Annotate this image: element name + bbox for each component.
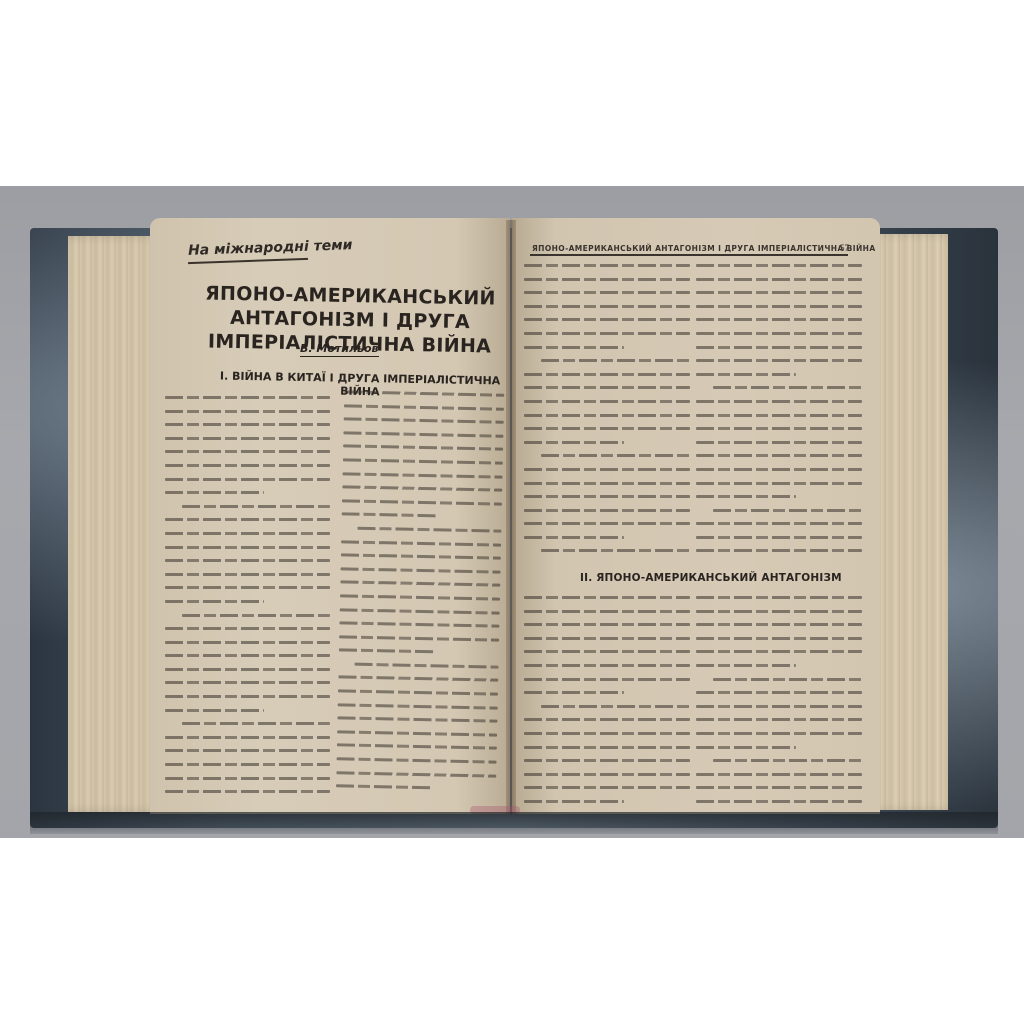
text-line <box>165 763 330 766</box>
text-line <box>696 664 796 667</box>
page-number: 57 <box>840 243 849 253</box>
text-line <box>357 527 501 533</box>
text-line <box>524 637 690 640</box>
text-line <box>524 414 690 417</box>
text-line <box>541 705 690 708</box>
text-line <box>343 445 503 451</box>
text-line <box>524 522 690 525</box>
text-line <box>524 678 690 681</box>
text-line <box>524 278 690 281</box>
text-line <box>524 400 690 403</box>
text-line <box>343 458 503 464</box>
text-line <box>338 676 498 682</box>
text-line <box>165 681 330 684</box>
text-line <box>696 786 862 789</box>
text-line <box>337 744 497 750</box>
text-line <box>524 386 690 389</box>
text-line <box>713 509 862 512</box>
text-line <box>337 717 497 723</box>
text-line <box>165 532 330 535</box>
book-bottom-shadow <box>30 812 998 834</box>
running-head-rule <box>530 254 848 256</box>
text-line <box>524 664 690 667</box>
text-line <box>696 637 862 640</box>
text-line <box>524 691 624 694</box>
page-stack-right <box>872 234 948 810</box>
text-line <box>524 596 690 599</box>
text-line <box>165 695 330 698</box>
right-page-column-2-top <box>696 264 862 563</box>
text-line <box>339 621 499 627</box>
text-line <box>696 536 862 539</box>
text-line <box>165 749 330 752</box>
text-line <box>340 581 500 587</box>
text-line <box>344 418 504 424</box>
text-line <box>696 705 862 708</box>
text-line <box>524 718 690 721</box>
text-line <box>165 478 330 481</box>
text-line <box>696 441 862 444</box>
text-line <box>165 600 264 603</box>
text-line <box>339 649 435 654</box>
text-line <box>340 608 500 614</box>
text-line <box>696 332 862 335</box>
text-line <box>524 536 624 539</box>
text-line <box>342 513 438 518</box>
text-line <box>541 549 690 552</box>
text-line <box>338 703 498 709</box>
right-page-column-1-top <box>524 264 690 563</box>
text-line <box>355 663 499 669</box>
text-line <box>524 759 690 762</box>
text-line <box>524 623 690 626</box>
text-line <box>696 610 862 613</box>
text-line <box>343 431 503 437</box>
text-line <box>336 771 496 777</box>
text-line <box>524 373 690 376</box>
text-line <box>696 549 862 552</box>
text-line <box>165 396 330 399</box>
page-stack-left <box>68 236 160 812</box>
text-line <box>524 773 690 776</box>
chapter-heading-2: II. ЯПОНО-АМЕРИКАНСЬКИЙ АНТАГОНІЗМ <box>580 572 842 584</box>
text-line <box>344 404 504 410</box>
text-line <box>696 746 796 749</box>
text-line <box>696 264 862 267</box>
text-line <box>696 650 862 653</box>
text-line <box>342 499 502 505</box>
text-line <box>165 668 330 671</box>
text-line <box>696 318 862 321</box>
text-line <box>524 441 624 444</box>
text-line <box>541 454 690 457</box>
text-line <box>696 454 862 457</box>
text-line <box>696 482 862 485</box>
text-line <box>339 635 499 641</box>
text-line <box>165 641 330 644</box>
text-line <box>524 318 690 321</box>
text-line <box>713 678 862 681</box>
text-line <box>336 785 432 790</box>
text-line <box>524 264 690 267</box>
text-line <box>342 486 502 492</box>
text-line <box>696 800 862 803</box>
text-line <box>696 359 862 362</box>
text-line <box>341 553 501 559</box>
text-line <box>182 614 331 617</box>
text-line <box>524 800 624 803</box>
book-gutter <box>506 220 516 814</box>
text-line <box>165 790 330 793</box>
text-line <box>524 291 690 294</box>
text-line <box>524 346 624 349</box>
text-line <box>524 427 690 430</box>
text-line <box>696 278 862 281</box>
text-line <box>341 567 501 573</box>
text-line <box>165 777 330 780</box>
text-line <box>713 759 862 762</box>
text-line <box>696 773 862 776</box>
text-line <box>696 623 862 626</box>
text-line <box>696 732 862 735</box>
text-line <box>182 505 331 508</box>
text-line <box>696 346 862 349</box>
text-line <box>165 518 330 521</box>
text-line <box>341 540 501 546</box>
text-line <box>165 410 330 413</box>
text-line <box>524 332 690 335</box>
text-line <box>524 610 690 613</box>
text-line <box>165 464 330 467</box>
text-line <box>696 373 796 376</box>
text-line <box>165 736 330 739</box>
text-line <box>524 509 690 512</box>
text-line <box>165 450 330 453</box>
text-line <box>337 730 497 736</box>
text-line <box>165 709 264 712</box>
text-line <box>696 305 862 308</box>
author-byline: В. Мотильов <box>300 342 379 357</box>
text-line <box>165 423 330 426</box>
text-line <box>696 495 796 498</box>
text-line <box>524 305 690 308</box>
text-line <box>696 414 862 417</box>
text-line <box>696 718 862 721</box>
text-line <box>524 482 690 485</box>
text-line <box>696 400 862 403</box>
left-page-column-2 <box>336 390 505 801</box>
text-line <box>524 495 690 498</box>
text-line <box>182 722 331 725</box>
text-line <box>524 746 690 749</box>
text-line <box>337 757 497 763</box>
text-line <box>696 291 862 294</box>
text-line <box>524 468 690 471</box>
text-line <box>541 359 690 362</box>
running-head: ЯПОНО-АМЕРИКАНСЬКИЙ АНТАГОНІЗМ І ДРУГА І… <box>532 244 876 253</box>
text-line <box>524 650 690 653</box>
text-line <box>696 691 862 694</box>
text-line <box>340 594 500 600</box>
text-line <box>165 654 330 657</box>
text-line <box>696 522 862 525</box>
text-line <box>165 559 330 562</box>
text-line <box>696 596 862 599</box>
text-line <box>696 427 862 430</box>
text-line <box>696 468 862 471</box>
text-line <box>165 586 330 589</box>
text-line <box>165 627 330 630</box>
text-line <box>524 786 690 789</box>
text-line <box>165 573 330 576</box>
text-line <box>524 732 690 735</box>
right-page-column-1-bottom <box>524 596 690 814</box>
text-line <box>165 437 330 440</box>
left-page-column-1 <box>165 396 330 804</box>
text-line <box>165 546 330 549</box>
text-line <box>165 491 264 494</box>
text-line <box>713 386 862 389</box>
right-page-column-2-bottom <box>696 596 862 814</box>
text-line <box>343 472 503 478</box>
text-line <box>338 689 498 695</box>
